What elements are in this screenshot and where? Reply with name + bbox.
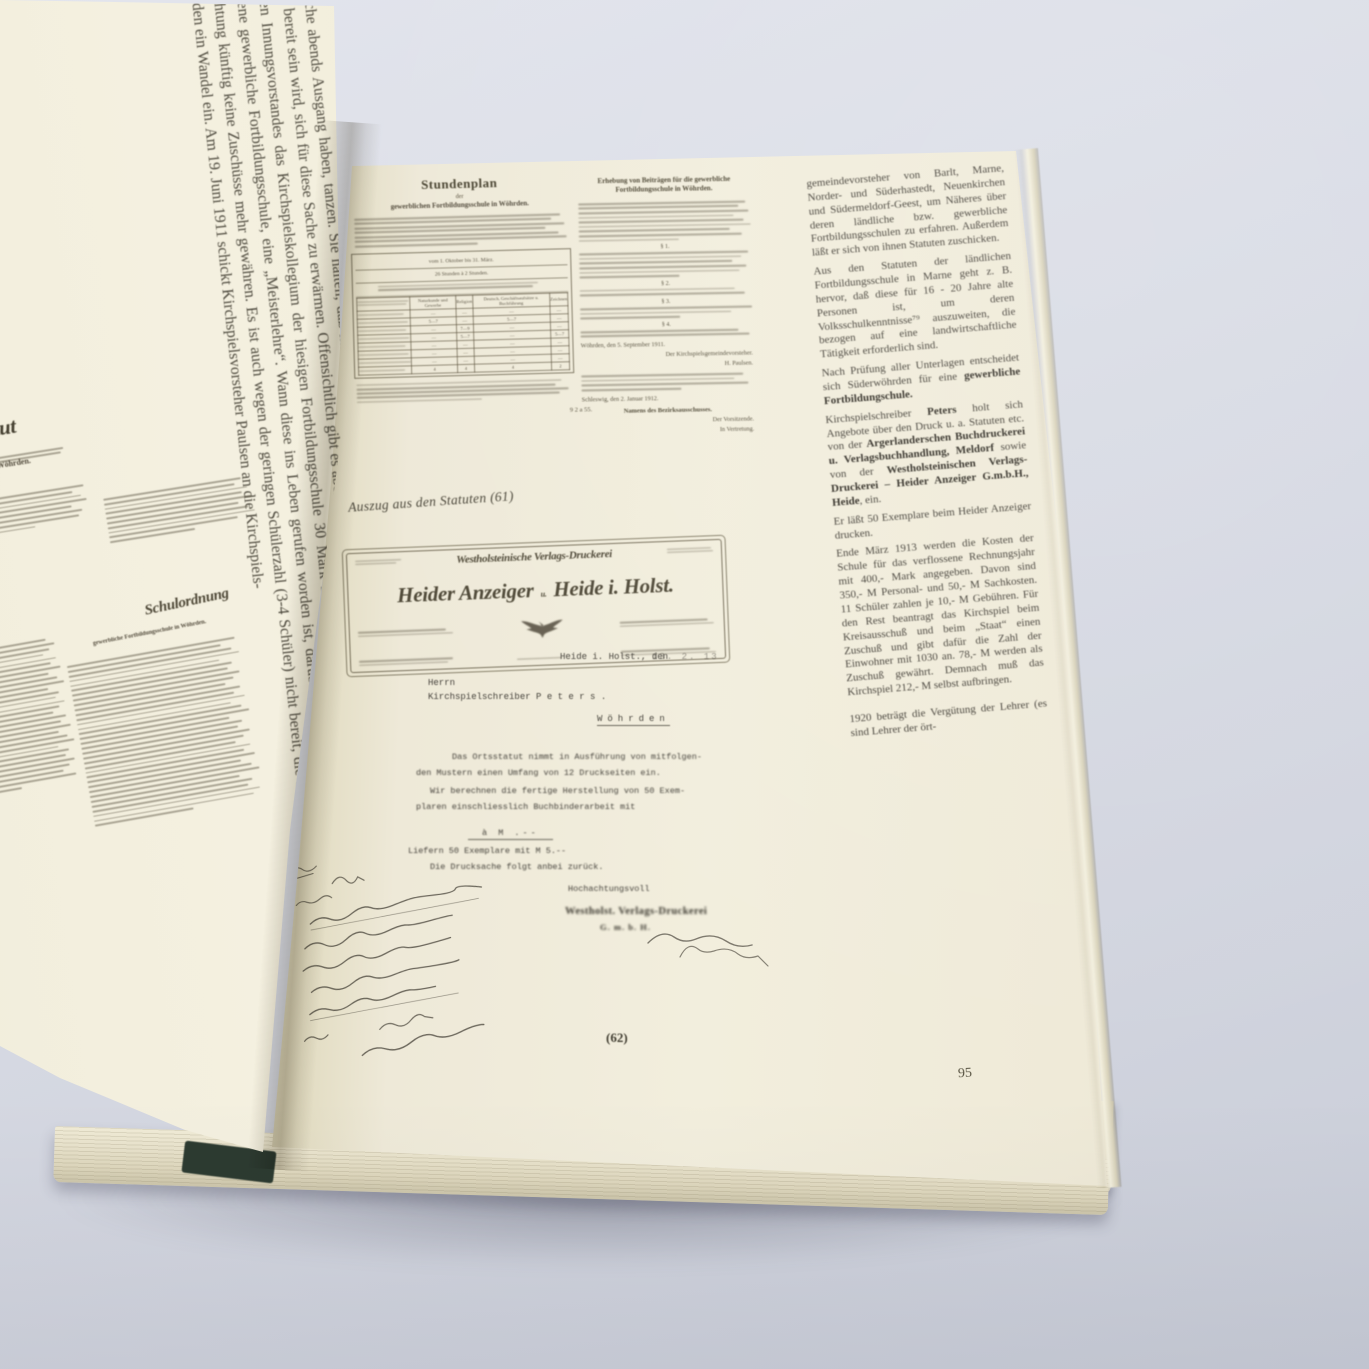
narrative-paragraph: Aus den Statuten der ländlichen Fortbild…	[813, 250, 1018, 363]
book-photo-scene: der Woche abends Ausgang haben, tanzen. …	[0, 0, 1369, 1369]
letter-body-line3: Wir berechnen die fertige Herstellung vo…	[430, 786, 685, 796]
letterhead-bottom-left	[359, 657, 459, 667]
blurred-text-line	[578, 214, 733, 218]
stundenplan-table-frame: vom 1. Oktober bis 31. März. 26 Stunden …	[351, 248, 574, 379]
stundenplan-footnote	[356, 379, 572, 403]
blurred-text-line	[579, 265, 746, 270]
narrative-column: gemeindevorsteher von Barlt, Marne, Nord…	[806, 162, 1049, 746]
blurred-text-line	[580, 329, 738, 333]
blurred-text-line	[579, 233, 742, 238]
facsimile-erhebung: Erhebung von Beiträgen für die gewerblic…	[578, 175, 754, 436]
table-sum-cell: 4	[457, 364, 474, 372]
blurred-text-line	[579, 238, 679, 241]
erhebung-sec1-text	[579, 251, 751, 279]
stundenplan-intro-text	[354, 213, 567, 247]
letter-subject: Wöhrden	[597, 714, 670, 726]
letterhead-right-lines	[620, 618, 716, 629]
blurred-text-line	[581, 378, 734, 382]
letterhead-main-right: Heide i. Holst.	[553, 573, 674, 603]
blurred-text-line	[579, 260, 732, 264]
letter-body-line2: den Mustern einen Umfang von 12 Drucksei…	[416, 768, 661, 778]
table-sum-cell: 4	[411, 364, 457, 373]
blurred-text-line	[355, 562, 396, 565]
blurred-text-line	[580, 316, 680, 319]
erhebung-signature1b: H. Paulsen.	[581, 360, 753, 370]
letter-addressee-line2: Kirchspielschreiber P e t e r s .	[428, 692, 606, 702]
left-statute-column-b	[103, 476, 257, 547]
blurred-text-line	[580, 306, 752, 311]
blurred-text-line	[581, 333, 750, 338]
stundenplan-table: Naturkunde und GewerbeReligionDeutsch, G…	[356, 292, 570, 376]
narrative-paragraph: Ende März 1913 werden die Kosten der Sch…	[836, 532, 1046, 700]
blurred-text-line	[580, 292, 745, 297]
left-statute-column-c	[0, 637, 82, 806]
letterhead-top-center: Westholsteinische Verlags-Druckerei	[456, 548, 612, 566]
blurred-text-line	[581, 388, 681, 391]
blurred-text-line	[355, 242, 478, 247]
letter-body-line1: Das Ortsstatut nimmt in Ausführung von m…	[452, 752, 702, 762]
blurred-text-line	[358, 329, 406, 332]
blurred-text-line	[579, 228, 730, 232]
blurred-text-line	[359, 369, 405, 371]
blurred-text-line	[359, 361, 411, 364]
blurred-text-line	[579, 255, 741, 260]
erhebung-approval-text	[581, 373, 753, 391]
blurred-text-line	[578, 200, 745, 205]
blurred-text-line	[0, 772, 76, 798]
blurred-text-line	[359, 353, 409, 356]
left-statut-subtitle: gewerbliche Fortbildungsschule in Wöhrde…	[0, 456, 31, 489]
narrative-paragraph: 1920 beträgt die Vergütung der Lehrer (e…	[849, 697, 1049, 741]
left-statute-column-a	[0, 484, 90, 542]
erhebung-file-ref: 9 2 a 55.	[570, 406, 593, 413]
blurred-text-line	[357, 303, 406, 305]
blurred-text-line	[578, 205, 738, 209]
left-heading-schulordnung: Schulordnung	[143, 585, 230, 619]
signature-flourish	[640, 905, 790, 985]
blurred-text-line	[517, 657, 562, 660]
erhebung-intro	[578, 200, 751, 241]
table-column-header: Naturkunde und Gewerbe	[410, 295, 456, 309]
facsimile-stundenplan: Stundenplan der gewerblichen Fortbildung…	[349, 173, 575, 405]
table-column-header: Religion	[456, 295, 473, 308]
blurred-text-line	[578, 210, 748, 215]
blurred-text-line	[358, 321, 408, 324]
blurred-text-line	[357, 300, 408, 303]
letterhead-left-lines	[358, 628, 458, 639]
letter-body-line4: plaren einschliesslich Buchbinderarbeit …	[416, 802, 635, 812]
blurred-text-line	[358, 337, 409, 340]
blurred-text-line	[0, 787, 22, 803]
letterhead-bottom-center	[517, 657, 563, 662]
blurred-text-line	[667, 550, 713, 553]
blurred-text-line	[581, 382, 748, 387]
left-statute-column-d	[67, 636, 265, 830]
erhebung-sec4-text	[580, 328, 752, 337]
narrative-paragraph: Kirchspielschreiber Peters holt sich Ang…	[825, 398, 1030, 511]
blurred-text-line	[579, 223, 751, 228]
letter-date-numbers: 13. 2. 13	[652, 652, 719, 662]
table-sum-cell: 2	[551, 361, 569, 369]
blurred-text-line	[579, 251, 748, 256]
left-schulordnung-subtitle: gewerbliche Fortbildungsschule in Wöhrde…	[92, 619, 206, 647]
blurred-text-line	[0, 526, 36, 540]
blurred-text-line	[579, 219, 744, 224]
caption-62: (62)	[606, 1030, 628, 1046]
blurred-text-line	[579, 269, 739, 273]
letterhead-main-mid: u.	[541, 591, 547, 600]
blurred-text-line	[579, 275, 679, 278]
timetable: Naturkunde und GewerbeReligionDeutsch, G…	[356, 292, 570, 376]
letterhead-top-right	[667, 547, 713, 556]
table-sum-label	[358, 366, 411, 375]
table-sum-cell: 4	[474, 362, 551, 372]
letterhead-top-left	[355, 559, 401, 568]
erhebung-org: Namens des Bezirksausschusses.	[582, 405, 754, 415]
caption-61: Auszug aus den Statuten (61)	[348, 488, 515, 516]
blurred-text-line	[358, 313, 404, 316]
erhebung-date2: Schleswig, den 2. Januar 1912.	[582, 393, 754, 403]
blurred-text-line	[581, 373, 743, 378]
erhebung-sec3-text	[580, 306, 752, 320]
erhebung-date1: Wöhrden, den 5. September 1911.	[581, 340, 753, 350]
table-column-header: Zeichnen	[550, 292, 568, 305]
letter-closing: Hochachtungsvoll	[568, 884, 650, 894]
handwritten-annotation	[282, 830, 593, 1074]
erhebung-sec2-text	[580, 287, 752, 296]
narrative-paragraph: gemeindevorsteher von Barlt, Marne, Nord…	[806, 162, 1010, 261]
blurred-text-line	[357, 398, 482, 403]
blurred-text-line	[580, 288, 735, 292]
left-heading-statut: Ortsstatut	[0, 414, 18, 452]
blurred-text-line	[580, 310, 731, 314]
erhebung-role2: In Vertretung.	[582, 425, 754, 435]
erhebung-role1: Der Vorsitzende.	[582, 415, 754, 425]
blurred-text-line	[358, 345, 405, 348]
erhebung-signature1: Der Kirchspielsgemeindevorsteher.	[581, 350, 753, 360]
letterhead-main-left: Heider Anzeiger	[397, 579, 534, 609]
page-number: 95	[958, 1066, 973, 1083]
eagle-emblem-icon	[513, 618, 566, 640]
letter-addressee-line1: Herrn	[428, 678, 455, 688]
